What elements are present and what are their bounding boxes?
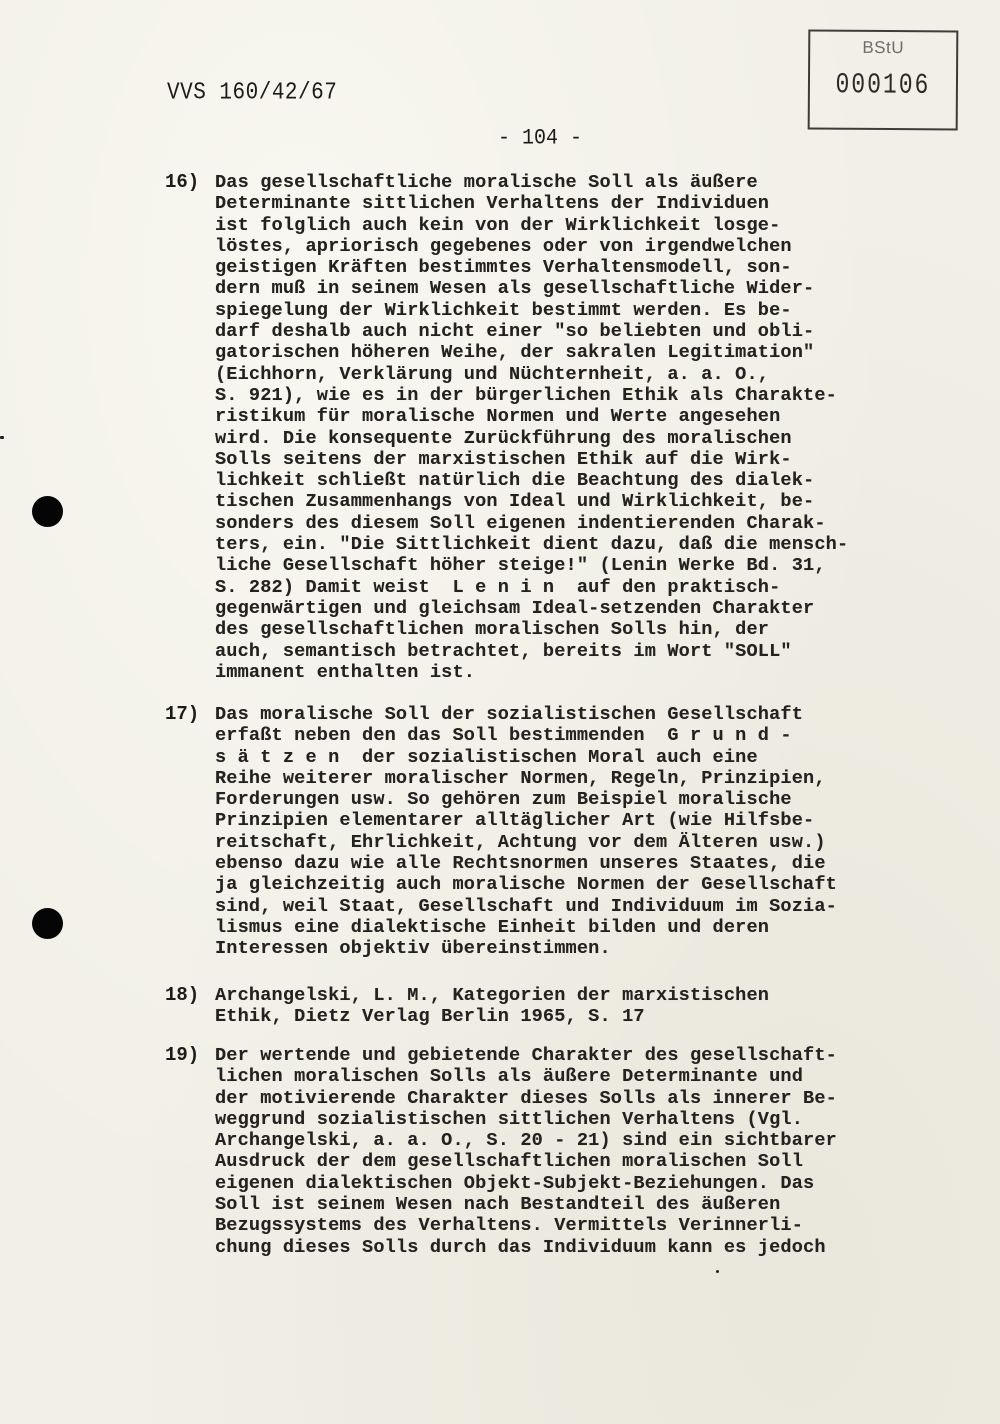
text-line: lismus eine dialektische Einheit bilden … xyxy=(215,917,837,938)
footnote-number: 18) xyxy=(165,985,199,1006)
text-line: ist folglich auch kein von der Wirklichk… xyxy=(215,215,848,236)
text-line: gegenwärtigen und gleichsam Ideal-setzen… xyxy=(215,598,848,619)
footnote-number: 16) xyxy=(165,172,199,193)
text-line: erfaßt neben den das Soll bestimmenden G… xyxy=(215,725,837,746)
text-line: Archangelski, a. a. O., S. 20 - 21) sind… xyxy=(215,1130,837,1151)
text-line: sind, weil Staat, Gesellschaft und Indiv… xyxy=(215,896,837,917)
text-line: s ä t z e n der sozialistischen Moral au… xyxy=(215,747,837,768)
document-reference: VVS 160/42/67 xyxy=(167,80,337,106)
text-line: löstes, apriorisch gegebenes oder von ir… xyxy=(215,236,848,257)
text-line: Prinzipien elementarer alltäglicher Art … xyxy=(215,810,837,831)
page-number: - 104 - xyxy=(0,126,1000,151)
footnote-text: Archangelski, L. M., Kategorien der marx… xyxy=(215,985,769,1028)
margin-mark xyxy=(0,436,4,439)
text-line: auch, semantisch betrachtet, bereits im … xyxy=(215,641,848,662)
stamp-organization: BStU xyxy=(810,37,956,58)
text-line: darf deshalb auch nicht einer "so belieb… xyxy=(215,321,848,342)
text-line: Ausdruck der dem gesellschaftlichen mora… xyxy=(215,1151,837,1172)
footnote-number: 19) xyxy=(165,1045,199,1066)
text-line: chung dieses Solls durch das Individuum … xyxy=(215,1237,837,1258)
text-line: Reihe weiterer moralischer Normen, Regel… xyxy=(215,768,837,789)
footnote-text: Der wertende und gebietende Charakter de… xyxy=(215,1045,837,1258)
text-line: Das gesellschaftliche moralische Soll al… xyxy=(215,172,848,193)
archive-stamp: BStU 000106 xyxy=(808,29,959,130)
text-line: eigenen dialektischen Objekt-Subjekt-Bez… xyxy=(215,1173,837,1194)
text-line: Archangelski, L. M., Kategorien der marx… xyxy=(215,985,769,1006)
text-line: wird. Die konsequente Zurückführung des … xyxy=(215,428,848,449)
text-line: lichkeit schließt natürlich die Beachtun… xyxy=(215,470,848,491)
text-line: reitschaft, Ehrlichkeit, Achtung vor dem… xyxy=(215,832,837,853)
text-line: Das moralische Soll der sozialistischen … xyxy=(215,704,837,725)
footnote-text: Das gesellschaftliche moralische Soll al… xyxy=(215,172,848,683)
stamp-number: 000106 xyxy=(810,68,956,102)
text-line: ebenso dazu wie alle Rechtsnormen unsere… xyxy=(215,853,837,874)
punch-hole-icon xyxy=(32,908,63,939)
text-line: (Eichhorn, Verklärung und Nüchternheit, … xyxy=(215,364,848,385)
document-page: VVS 160/42/67 BStU 000106 - 104 - 16) Da… xyxy=(0,0,1000,1424)
text-line: der motivierende Charakter dieses Solls … xyxy=(215,1088,837,1109)
text-line: Solls seitens der marxistischen Ethik au… xyxy=(215,449,848,470)
text-line: ja gleichzeitig auch moralische Normen d… xyxy=(215,874,837,895)
text-line: lichen moralischen Solls als äußere Dete… xyxy=(215,1066,837,1087)
text-line: ristikum für moralische Normen und Werte… xyxy=(215,406,848,427)
text-line: weggrund sozialistischen sittlichen Verh… xyxy=(215,1109,837,1130)
text-line: tischen Zusammenhangs von Ideal und Wirk… xyxy=(215,491,848,512)
text-line: spiegelung der Wirklichkeit bestimmt wer… xyxy=(215,300,848,321)
text-line: Soll ist seinem Wesen nach Bestandteil d… xyxy=(215,1194,837,1215)
text-line: Der wertende und gebietende Charakter de… xyxy=(215,1045,837,1066)
footnote-text: Das moralische Soll der sozialistischen … xyxy=(215,704,837,960)
text-line: liche Gesellschaft höher steige!" (Lenin… xyxy=(215,555,848,576)
text-line: S. 921), wie es in der bürgerlichen Ethi… xyxy=(215,385,848,406)
text-line: Bezugssystems des Verhaltens. Vermittels… xyxy=(215,1215,837,1236)
text-line: geistigen Kräften bestimmtes Verhaltensm… xyxy=(215,257,848,278)
text-line: Determinante sittlichen Verhaltens der I… xyxy=(215,193,848,214)
text-line: ters, ein. "Die Sittlichkeit dient dazu,… xyxy=(215,534,848,555)
punch-hole-icon xyxy=(32,496,63,527)
text-line: sonders des diesem Soll eigenen indentie… xyxy=(215,513,848,534)
text-line: Interessen objektiv übereinstimmen. xyxy=(215,938,837,959)
text-line: S. 282) Damit weist L e n i n auf den pr… xyxy=(215,577,848,598)
text-line: dern muß in seinem Wesen als gesellschaf… xyxy=(215,278,848,299)
footnote-number: 17) xyxy=(165,704,199,725)
text-line: Forderungen usw. So gehören zum Beispiel… xyxy=(215,789,837,810)
text-line: Ethik, Dietz Verlag Berlin 1965, S. 17 xyxy=(215,1006,769,1027)
ink-speck xyxy=(716,1270,719,1273)
text-line: gatorischen höheren Weihe, der sakralen … xyxy=(215,342,848,363)
text-line: immanent enthalten ist. xyxy=(215,662,848,683)
text-line: des gesellschaftlichen moralischen Solls… xyxy=(215,619,848,640)
